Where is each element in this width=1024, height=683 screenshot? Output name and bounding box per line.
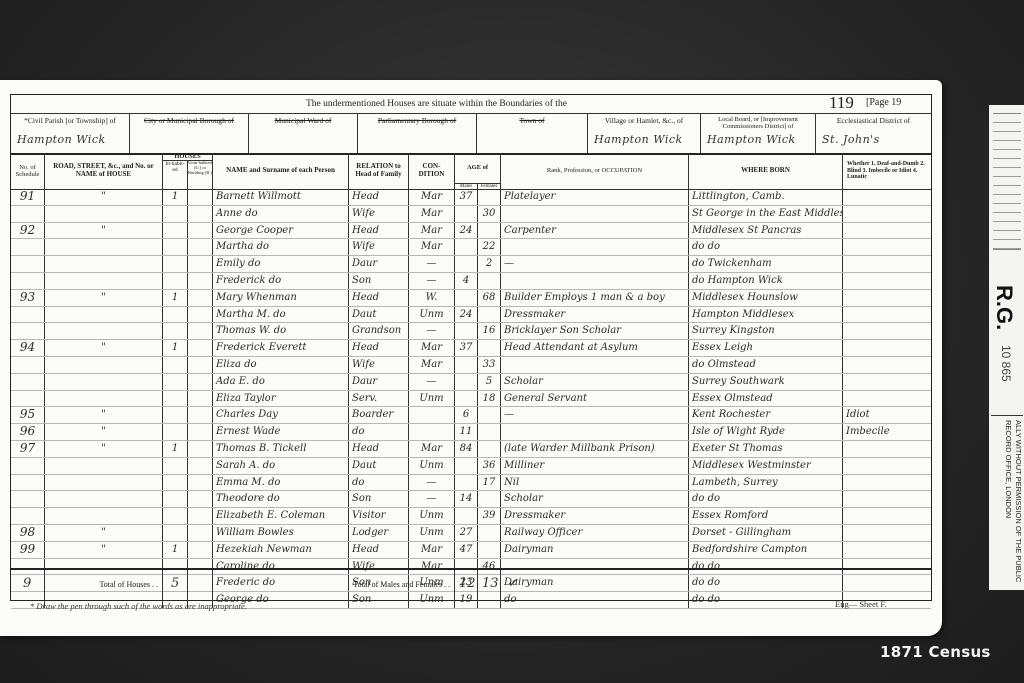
- cell-born: Lambeth, Surrey: [689, 475, 843, 491]
- column-headers: No. of Schedule ROAD, STREET, &c., and N…: [11, 153, 931, 190]
- cell-condition: —: [409, 323, 455, 339]
- cell-occupation: [501, 357, 689, 373]
- cell-relation: Head: [349, 542, 409, 558]
- folio-number: 119: [829, 93, 854, 113]
- cell-female: [478, 441, 501, 457]
- cell-uninhabited: [188, 374, 213, 390]
- cell-relation: Head: [349, 340, 409, 356]
- cell-inhabited: 1: [163, 542, 188, 558]
- cell-female: [478, 525, 501, 541]
- cell-infirmity: [843, 239, 931, 255]
- cell-uninhabited: [188, 508, 213, 524]
- cell-occupation: Platelayer: [501, 189, 689, 205]
- cell-condition: Mar: [409, 542, 455, 558]
- col-infirmity: Whether 1. Deaf-and-Dumb 2. Blind 3. Imb…: [843, 153, 931, 189]
- totals-row: 9 Total of Houses . . 5 Total of Males a…: [11, 568, 931, 600]
- cell-inhabited: 1: [163, 441, 188, 457]
- cell-road: [45, 206, 163, 222]
- cell-uninhabited: [188, 357, 213, 373]
- cell-born: do Twickenham: [689, 256, 843, 272]
- cell-born: Middlesex St Pancras: [689, 223, 843, 239]
- cell-infirmity: [843, 273, 931, 289]
- cell-born: Littlington, Camb.: [689, 189, 843, 205]
- cell-born: do Hampton Wick: [689, 273, 843, 289]
- cell-schedule: 93: [11, 290, 45, 306]
- cell-male: 6: [455, 407, 478, 423]
- cell-female: [478, 424, 501, 440]
- cell-schedule: [11, 374, 45, 390]
- cell-inhabited: [163, 391, 188, 407]
- cell-inhabited: [163, 223, 188, 239]
- cell-road: [45, 458, 163, 474]
- cell-occupation: Nil: [501, 475, 689, 491]
- form-title-row: The undermentioned Houses are situate wi…: [11, 95, 931, 114]
- cell-female: [478, 273, 501, 289]
- cell-born: Exeter St Thomas: [689, 441, 843, 457]
- census-row: Emma M. dodo—17NilLambeth, Surrey: [11, 475, 931, 492]
- cell-uninhabited: [188, 424, 213, 440]
- cell-relation: Head: [349, 223, 409, 239]
- cell-uninhabited: [188, 525, 213, 541]
- cell-male: 14: [455, 491, 478, 507]
- boundaries-row: *Civil Parish [or Township] of Hampton W…: [11, 113, 931, 155]
- cell-schedule: [11, 357, 45, 373]
- total-houses-cell: 5: [163, 570, 188, 600]
- cell-inhabited: [163, 407, 188, 423]
- cell-relation: Son: [349, 491, 409, 507]
- cell-male: 84: [455, 441, 478, 457]
- col-condition: CON-DITION: [409, 153, 455, 189]
- cell-name: Frederick do: [213, 273, 349, 289]
- cell-inhabited: [163, 508, 188, 524]
- census-row: Eliza doWifeMar33do Olmstead: [11, 357, 931, 374]
- cell-uninhabited: [188, 441, 213, 457]
- cell-relation: do: [349, 475, 409, 491]
- boundary-value: Hampton Wick: [17, 133, 125, 146]
- cell-infirmity: [843, 290, 931, 306]
- cell-schedule: 98: [11, 525, 45, 541]
- cell-relation: Daut: [349, 307, 409, 323]
- cell-condition: —: [409, 475, 455, 491]
- cell-road: ": [45, 407, 163, 423]
- cell-infirmity: [843, 340, 931, 356]
- cell-female: 22: [478, 239, 501, 255]
- cell-uninhabited: [188, 239, 213, 255]
- boundary-value: Hampton Wick: [707, 133, 811, 146]
- cell-name: Anne do: [213, 206, 349, 222]
- cell-male: 47: [455, 542, 478, 558]
- census-row: Thomas W. doGrandson—16Bricklayer Son Sc…: [11, 323, 931, 340]
- cell-infirmity: [843, 206, 931, 222]
- cell-uninhabited: [188, 340, 213, 356]
- cell-inhabited: [163, 273, 188, 289]
- census-sheet: The undermentioned Houses are situate wi…: [0, 80, 942, 636]
- cell-occupation: Railway Officer: [501, 525, 689, 541]
- image-caption: 1871 Census: [880, 643, 991, 661]
- cell-inhabited: [163, 239, 188, 255]
- cell-schedule: 99: [11, 542, 45, 558]
- boundary-value: St. John's: [822, 133, 927, 146]
- census-row: 98"William BowlesLodgerUnm27Railway Offi…: [11, 525, 931, 542]
- total-check-cell: ✓: [501, 570, 931, 600]
- cell-inhabited: [163, 323, 188, 339]
- cell-relation: Grandson: [349, 323, 409, 339]
- cell-name: Ernest Wade: [213, 424, 349, 440]
- cell-inhabited: [163, 307, 188, 323]
- cell-schedule: [11, 458, 45, 474]
- col-born: WHERE BORN: [689, 153, 843, 189]
- cell-occupation: [501, 273, 689, 289]
- cell-female: [478, 223, 501, 239]
- cell-occupation: Scholar: [501, 374, 689, 390]
- cell-uninhabited: [188, 542, 213, 558]
- cell-born: Essex Leigh: [689, 340, 843, 356]
- cell-condition: Mar: [409, 441, 455, 457]
- cell-male: [455, 239, 478, 255]
- form-title: The undermentioned Houses are situate wi…: [306, 99, 567, 109]
- cell-born: do do: [689, 239, 843, 255]
- cell-condition: Mar: [409, 340, 455, 356]
- cell-infirmity: [843, 189, 931, 205]
- ruler-ticks: [993, 113, 1021, 250]
- cell-infirmity: [843, 542, 931, 558]
- cell-occupation: —: [501, 407, 689, 423]
- cell-inhabited: [163, 256, 188, 272]
- cell-occupation: Carpenter: [501, 223, 689, 239]
- cell-infirmity: [843, 357, 931, 373]
- census-row: 97"1Thomas B. TickellHeadMar84(late Ward…: [11, 441, 931, 458]
- cell-name: Thomas B. Tickell: [213, 441, 349, 457]
- census-row: Martha doWifeMar22do do: [11, 239, 931, 256]
- cell-born: do Olmstead: [689, 357, 843, 373]
- cell-born: Kent Rochester: [689, 407, 843, 423]
- cell-male: [455, 374, 478, 390]
- cell-male: 4: [455, 273, 478, 289]
- municipal-ward-cell: Municipal Ward of: [249, 113, 358, 153]
- cell-occupation: [501, 424, 689, 440]
- census-row: Elizabeth E. ColemanVisitorUnm39Dressmak…: [11, 508, 931, 525]
- cell-infirmity: [843, 223, 931, 239]
- cell-relation: Lodger: [349, 525, 409, 541]
- cell-name: Theodore do: [213, 491, 349, 507]
- total-schedules: 9: [23, 576, 31, 591]
- sheet-reference: Eng— Sheet F.: [835, 599, 887, 609]
- cell-infirmity: [843, 525, 931, 541]
- col-name: NAME and Surname of each Person: [213, 153, 349, 189]
- total-persons-label-cell: Total of Males and Females . .: [213, 570, 455, 600]
- cell-infirmity: [843, 491, 931, 507]
- cell-infirmity: [843, 458, 931, 474]
- cell-schedule: 95: [11, 407, 45, 423]
- cell-infirmity: [843, 441, 931, 457]
- col-houses: HOUSES In-habit-ed Unin-habited (U.) or …: [163, 153, 213, 189]
- cell-condition: [409, 424, 455, 440]
- total-uninhabited-cell: [188, 570, 213, 600]
- census-row: Eliza TaylorServ.Unm18General ServantEss…: [11, 391, 931, 408]
- cell-uninhabited: [188, 407, 213, 423]
- cell-female: [478, 407, 501, 423]
- cell-infirmity: [843, 508, 931, 524]
- cell-relation: Boarder: [349, 407, 409, 423]
- civil-parish-cell: *Civil Parish [or Township] of Hampton W…: [11, 113, 130, 153]
- cell-condition: W.: [409, 290, 455, 306]
- archive-reference-strip: R.G. 10 865 ALLY WITHOUT PERMISSION OF T…: [988, 104, 1024, 591]
- cell-schedule: [11, 323, 45, 339]
- cell-infirmity: [843, 307, 931, 323]
- cell-born: Hampton Middlesex: [689, 307, 843, 323]
- cell-male: [455, 458, 478, 474]
- cell-road: [45, 307, 163, 323]
- cell-male: 27: [455, 525, 478, 541]
- census-row: Emily doDaur—2—do Twickenham: [11, 256, 931, 273]
- census-row: 92"George CooperHeadMar24CarpenterMiddle…: [11, 223, 931, 240]
- cell-male: [455, 357, 478, 373]
- cell-road: [45, 491, 163, 507]
- permission-notice: ALLY WITHOUT PERMISSION OF THE PUBLIC RE…: [991, 415, 1023, 590]
- boundary-label: City or Municipal Borough of: [130, 116, 248, 125]
- town-cell: Town of: [477, 113, 588, 153]
- cell-relation: Serv.: [349, 391, 409, 407]
- cell-road: ": [45, 424, 163, 440]
- cell-female: 39: [478, 508, 501, 524]
- cell-occupation: (late Warder Millbank Prison): [501, 441, 689, 457]
- cell-female: 2: [478, 256, 501, 272]
- cell-name: Elizabeth E. Coleman: [213, 508, 349, 524]
- cell-name: Martha M. do: [213, 307, 349, 323]
- cell-uninhabited: [188, 273, 213, 289]
- cell-relation: Son: [349, 273, 409, 289]
- cell-condition: Mar: [409, 223, 455, 239]
- cell-relation: Head: [349, 441, 409, 457]
- census-row: 94"1Frederick EverettHeadMar37Head Atten…: [11, 340, 931, 357]
- cell-female: 33: [478, 357, 501, 373]
- boundary-label: Ecclesiastical District of: [816, 116, 931, 125]
- col-uninhabited: Unin-habited (U.) or Building (B.): [188, 161, 212, 189]
- cell-occupation: Builder Employs 1 man & a boy: [501, 290, 689, 306]
- census-row: Sarah A. doDautUnm36MillinerMiddlesex We…: [11, 458, 931, 475]
- total-schedules-cell: 9: [11, 570, 45, 600]
- col-occupation: Rank, Profession, or OCCUPATION: [501, 153, 689, 189]
- cell-schedule: 97: [11, 441, 45, 457]
- cell-condition: Mar: [409, 206, 455, 222]
- cell-occupation: Dressmaker: [501, 307, 689, 323]
- parliamentary-borough-cell: Parliamentary Borough of: [358, 113, 477, 153]
- cell-condition: Unm: [409, 508, 455, 524]
- cell-born: Surrey Kingston: [689, 323, 843, 339]
- total-females: 13: [482, 576, 499, 591]
- total-males-cell: 12: [455, 570, 478, 600]
- cell-born: Bedfordshire Campton: [689, 542, 843, 558]
- cell-inhabited: [163, 525, 188, 541]
- cell-road: ": [45, 525, 163, 541]
- census-row: 95"Charles DayBoarder6—Kent RochesterIdi…: [11, 407, 931, 424]
- cell-occupation: General Servant: [501, 391, 689, 407]
- cell-female: 30: [478, 206, 501, 222]
- cell-uninhabited: [188, 391, 213, 407]
- cell-condition: Mar: [409, 189, 455, 205]
- cell-occupation: Dressmaker: [501, 508, 689, 524]
- cell-uninhabited: [188, 189, 213, 205]
- cell-relation: Head: [349, 189, 409, 205]
- cell-uninhabited: [188, 290, 213, 306]
- cell-schedule: [11, 239, 45, 255]
- cell-inhabited: [163, 491, 188, 507]
- cell-name: George Cooper: [213, 223, 349, 239]
- cell-name: Hezekiah Newman: [213, 542, 349, 558]
- cell-uninhabited: [188, 223, 213, 239]
- cell-occupation: Head Attendant at Asylum: [501, 340, 689, 356]
- cell-road: ": [45, 223, 163, 239]
- col-inhabited: In-habit-ed: [163, 161, 188, 189]
- piece-number: 10 865: [999, 345, 1013, 382]
- cell-male: 37: [455, 189, 478, 205]
- cell-uninhabited: [188, 491, 213, 507]
- census-row: Anne doWifeMar30St George in the East Mi…: [11, 206, 931, 223]
- total-houses-label: Total of Houses . .: [99, 580, 158, 589]
- cell-road: [45, 374, 163, 390]
- cell-schedule: [11, 391, 45, 407]
- cell-relation: Daut: [349, 458, 409, 474]
- cell-condition: —: [409, 273, 455, 289]
- cell-road: [45, 256, 163, 272]
- census-row: 96"Ernest Wadedo11Isle of Wight RydeImbe…: [11, 424, 931, 441]
- local-board-cell: Local Board, or [Improvement Commissione…: [701, 113, 816, 153]
- cell-uninhabited: [188, 475, 213, 491]
- cell-male: [455, 323, 478, 339]
- cell-name: Sarah A. do: [213, 458, 349, 474]
- cell-schedule: [11, 307, 45, 323]
- cell-inhabited: 1: [163, 189, 188, 205]
- census-row: Martha M. doDautUnm24DressmakerHampton M…: [11, 307, 931, 324]
- cell-born: Essex Romford: [689, 508, 843, 524]
- cell-schedule: [11, 273, 45, 289]
- cell-schedule: 94: [11, 340, 45, 356]
- census-row: 91"1Barnett WillmottHeadMar37PlatelayerL…: [11, 189, 931, 206]
- total-houses-label-cell: Total of Houses . .: [45, 570, 163, 600]
- cell-born: Middlesex Hounslow: [689, 290, 843, 306]
- cell-name: Ada E. do: [213, 374, 349, 390]
- cell-female: [478, 491, 501, 507]
- cell-road: [45, 323, 163, 339]
- cell-female: [478, 542, 501, 558]
- cell-name: Eliza do: [213, 357, 349, 373]
- cell-road: ": [45, 290, 163, 306]
- cell-uninhabited: [188, 206, 213, 222]
- page-number: [Page 19: [866, 97, 901, 108]
- cell-road: [45, 273, 163, 289]
- cell-occupation: [501, 239, 689, 255]
- cell-road: [45, 357, 163, 373]
- cell-inhabited: 1: [163, 340, 188, 356]
- cell-female: 16: [478, 323, 501, 339]
- total-houses: 5: [171, 576, 179, 591]
- cell-relation: Visitor: [349, 508, 409, 524]
- cell-condition: [409, 407, 455, 423]
- cell-female: 17: [478, 475, 501, 491]
- total-males: 12: [459, 576, 476, 591]
- census-rows: 91"1Barnett WillmottHeadMar37PlatelayerL…: [11, 189, 931, 568]
- cell-road: [45, 239, 163, 255]
- cell-born: Isle of Wight Ryde: [689, 424, 843, 440]
- cell-road: [45, 391, 163, 407]
- footnote: * Draw the pen through such of the words…: [30, 601, 247, 611]
- cell-road: [45, 475, 163, 491]
- cell-relation: Wife: [349, 357, 409, 373]
- cell-infirmity: Imbecile: [843, 424, 931, 440]
- total-persons-label: Total of Males and Females . .: [353, 580, 450, 589]
- boundary-label: *Civil Parish [or Township] of: [11, 116, 129, 125]
- cell-infirmity: [843, 475, 931, 491]
- boundary-label: Town of: [477, 116, 587, 125]
- cell-name: William Bowles: [213, 525, 349, 541]
- cell-occupation: Scholar: [501, 491, 689, 507]
- cell-infirmity: [843, 323, 931, 339]
- cell-female: 68: [478, 290, 501, 306]
- cell-road: ": [45, 542, 163, 558]
- cell-relation: Daur: [349, 256, 409, 272]
- cell-infirmity: [843, 391, 931, 407]
- census-row: 93"1Mary WhenmanHeadW.68Builder Employs …: [11, 290, 931, 307]
- cell-inhabited: [163, 374, 188, 390]
- cell-male: [455, 475, 478, 491]
- cell-inhabited: [163, 424, 188, 440]
- boundary-label: Local Board, or [Improvement Commissione…: [701, 116, 815, 130]
- cell-name: Emma M. do: [213, 475, 349, 491]
- cell-schedule: [11, 206, 45, 222]
- municipal-borough-cell: City or Municipal Borough of: [130, 113, 249, 153]
- cell-condition: —: [409, 256, 455, 272]
- col-relation: RELATION to Head of Family: [349, 153, 409, 189]
- cell-uninhabited: [188, 323, 213, 339]
- cell-condition: Unm: [409, 525, 455, 541]
- census-row: Theodore doSon—14Scholardo do: [11, 491, 931, 508]
- cell-born: Surrey Southwark: [689, 374, 843, 390]
- cell-road: [45, 508, 163, 524]
- cell-name: Martha do: [213, 239, 349, 255]
- cell-name: Emily do: [213, 256, 349, 272]
- cell-relation: Head: [349, 290, 409, 306]
- cell-schedule: 91: [11, 189, 45, 205]
- cell-occupation: —: [501, 256, 689, 272]
- boundary-value: Hampton Wick: [594, 133, 696, 146]
- cell-road: ": [45, 441, 163, 457]
- cell-relation: do: [349, 424, 409, 440]
- cell-schedule: [11, 256, 45, 272]
- check-mark: ✓: [507, 576, 518, 591]
- cell-condition: Mar: [409, 239, 455, 255]
- cell-occupation: Dairyman: [501, 542, 689, 558]
- cell-born: Dorset - Gillingham: [689, 525, 843, 541]
- cell-relation: Daur: [349, 374, 409, 390]
- cell-inhabited: [163, 206, 188, 222]
- cell-name: Mary Whenman: [213, 290, 349, 306]
- cell-road: ": [45, 340, 163, 356]
- cell-schedule: [11, 508, 45, 524]
- cell-occupation: Bricklayer Son Scholar: [501, 323, 689, 339]
- census-row: 99"1Hezekiah NewmanHeadMar47DairymanBedf…: [11, 542, 931, 559]
- age-label: AGE of: [467, 153, 488, 183]
- cell-inhabited: [163, 357, 188, 373]
- cell-condition: Unm: [409, 307, 455, 323]
- cell-male: 24: [455, 307, 478, 323]
- cell-female: 18: [478, 391, 501, 407]
- cell-female: [478, 340, 501, 356]
- cell-relation: Wife: [349, 206, 409, 222]
- cell-name: Eliza Taylor: [213, 391, 349, 407]
- cell-male: [455, 206, 478, 222]
- census-row: Ada E. doDaur—5ScholarSurrey Southwark: [11, 374, 931, 391]
- cell-name: Thomas W. do: [213, 323, 349, 339]
